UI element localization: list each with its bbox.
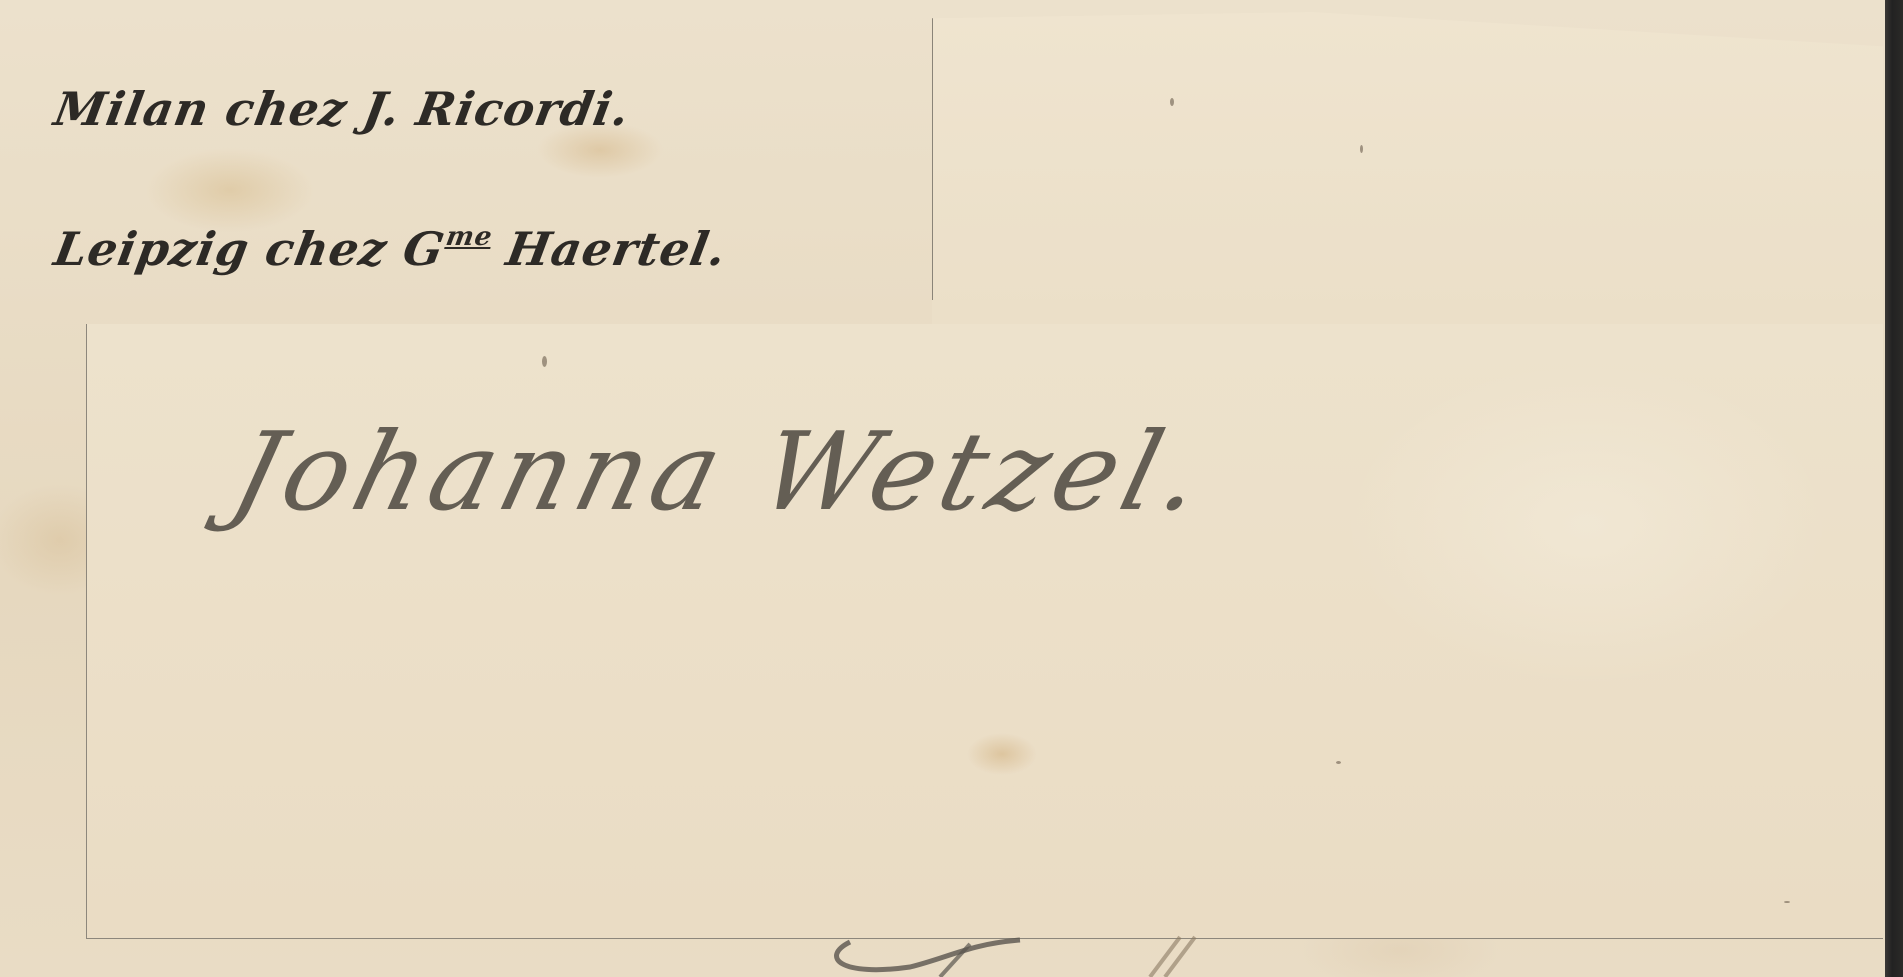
imprint-leipzig: Leipzig chez Gme Haertel.: [50, 222, 731, 276]
paper-speck: [1336, 761, 1341, 764]
imprint-superscript: me: [444, 222, 495, 252]
handwriting-flourish-fragment: [820, 932, 1220, 977]
paper-speck: [1170, 98, 1174, 106]
dark-mount-edge: [1885, 0, 1903, 977]
paper-speck: [1360, 145, 1363, 153]
paper-speck: [1784, 901, 1790, 903]
paper-speck: [542, 356, 547, 367]
handwritten-signature: Johanna Wetzel.: [220, 410, 1220, 535]
imprint-leipzig-suffix: Haertel.: [502, 222, 730, 276]
imprint-leipzig-prefix: Leipzig chez G: [50, 222, 449, 276]
pasted-slip-top: [932, 12, 1883, 324]
imprint-milan: Milan chez J. Ricordi.: [50, 82, 634, 136]
